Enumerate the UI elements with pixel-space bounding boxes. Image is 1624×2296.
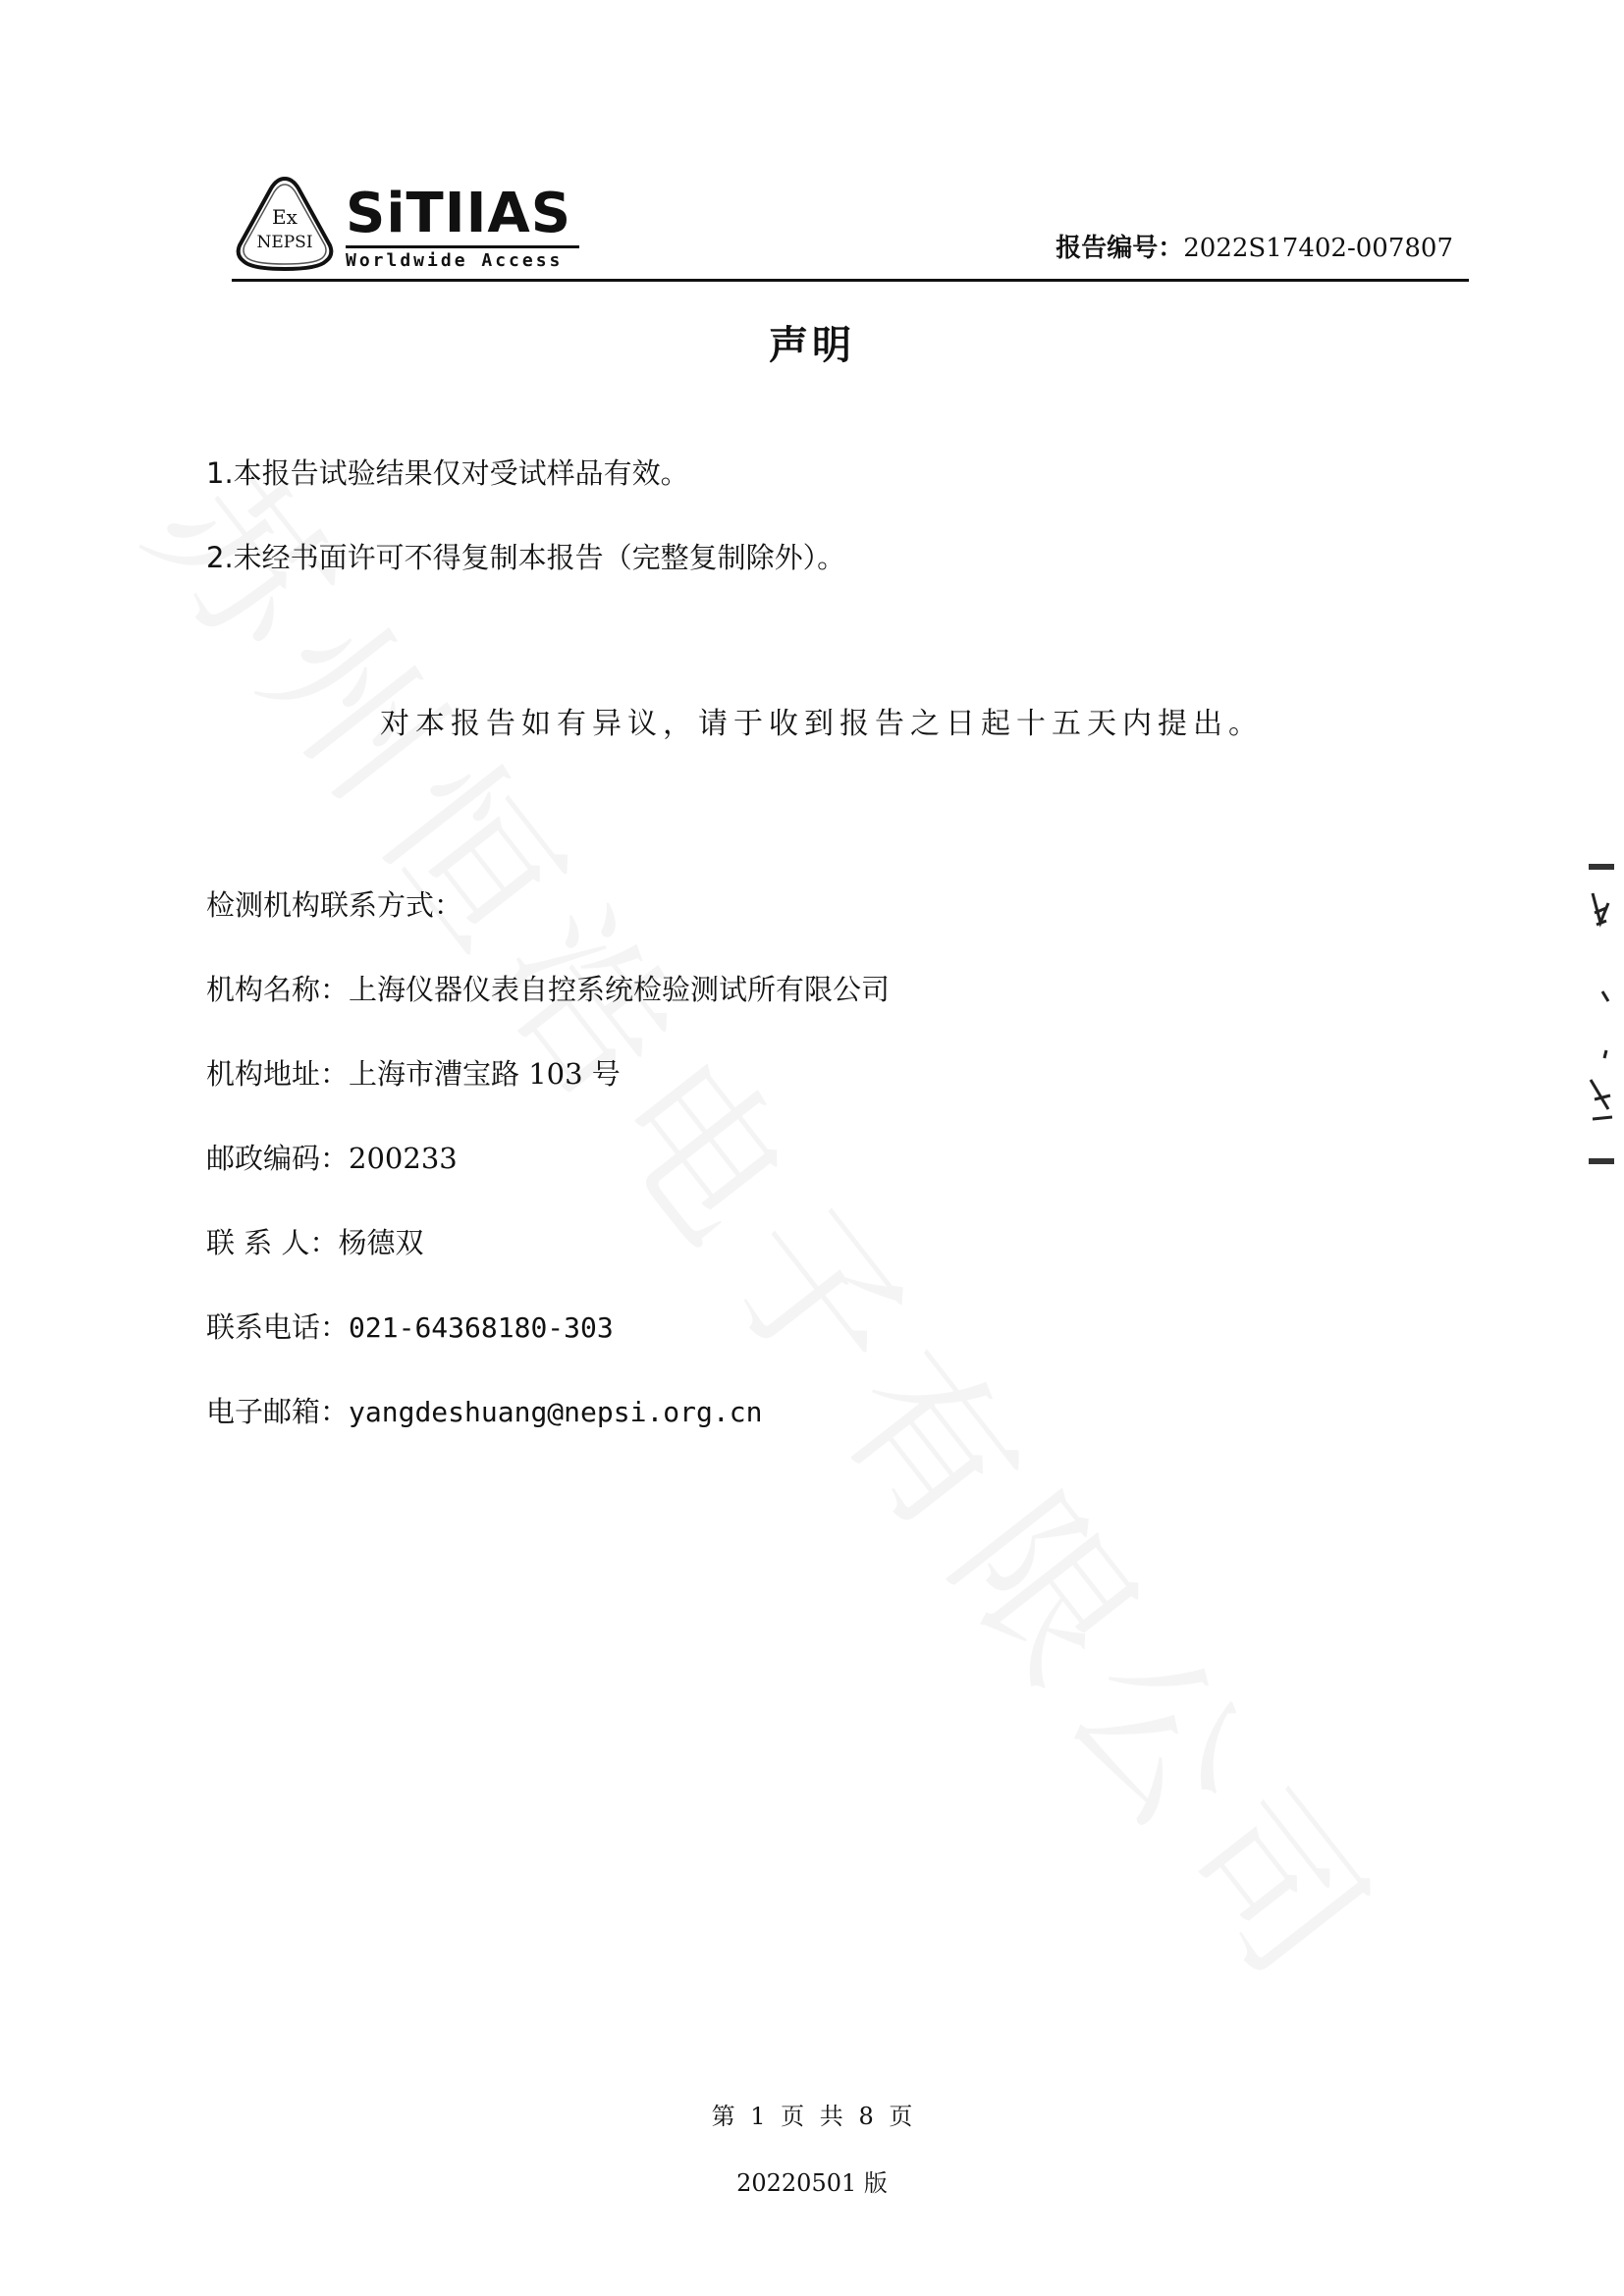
header-divider: [232, 279, 1469, 282]
contact-value: 上海仪器仪表自控系统检验测试所有限公司: [349, 973, 890, 1006]
contact-value: 上海市漕宝路 103 号: [349, 1057, 621, 1091]
svg-text:NEPSI: NEPSI: [256, 233, 312, 252]
report-number: 报告编号：2022S17402-007807: [1056, 228, 1453, 264]
report-number-label: 报告编号：: [1056, 234, 1183, 263]
report-number-value: 2022S17402-007807: [1183, 234, 1453, 263]
contact-row-email: 电子邮箱：yangdeshuang@nepsi.org.cn: [206, 1390, 762, 1430]
brand-name: SiTIIAS: [346, 187, 579, 241]
contact-value: 杨德双: [338, 1226, 423, 1259]
contact-row-name: 机构名称：上海仪器仪表自控系统检验测试所有限公司: [206, 968, 890, 1008]
contact-row-address: 机构地址：上海市漕宝路 103 号: [206, 1052, 621, 1093]
statement-2: 2.未经书面许可不得复制本报告（完整复制除外）。: [206, 536, 845, 576]
sitiias-logo: SiTIIAS Worldwide Access: [346, 187, 579, 271]
contact-value: 200233: [349, 1142, 458, 1175]
contact-row-person: 联 系 人：杨德双: [206, 1221, 423, 1261]
brand-rule: [346, 245, 579, 248]
contact-label: 联 系 人：: [206, 1226, 338, 1259]
brand-tagline: Worldwide Access: [346, 250, 579, 271]
nepsi-ex-logo-icon: Ex NEPSI: [234, 175, 336, 273]
contact-label: 机构名称：: [206, 973, 349, 1006]
statement-1: 1.本报告试验结果仅对受试样品有效。: [206, 452, 689, 492]
contact-email-link[interactable]: yangdeshuang@nepsi.org.cn: [349, 1396, 762, 1428]
report-page: 苏州恒浩电子有限公司 Ex NEPSI SiTIIAS Worldwide Ac…: [0, 0, 1624, 2296]
edge-stamp-marks-icon: [1579, 864, 1618, 1168]
contact-label: 电子邮箱：: [206, 1395, 349, 1428]
version-stamp: 20220501 版: [0, 2163, 1624, 2198]
contact-value: 021-64368180-303: [349, 1311, 614, 1344]
contact-heading: 检测机构联系方式：: [206, 883, 462, 924]
contact-row-phone: 联系电话：021-64368180-303: [206, 1306, 614, 1346]
objection-notice: 对本报告如有异议，请于收到报告之日起十五天内提出。: [0, 699, 1624, 742]
page-number: 第 1 页 共 8 页: [0, 2097, 1624, 2131]
contact-label: 联系电话：: [206, 1310, 349, 1344]
contact-label: 机构地址：: [206, 1057, 349, 1091]
page-title: 声明: [0, 314, 1624, 370]
contact-row-postcode: 邮政编码：200233: [206, 1137, 458, 1177]
svg-text:Ex: Ex: [272, 205, 298, 229]
contact-label: 邮政编码：: [206, 1142, 349, 1175]
